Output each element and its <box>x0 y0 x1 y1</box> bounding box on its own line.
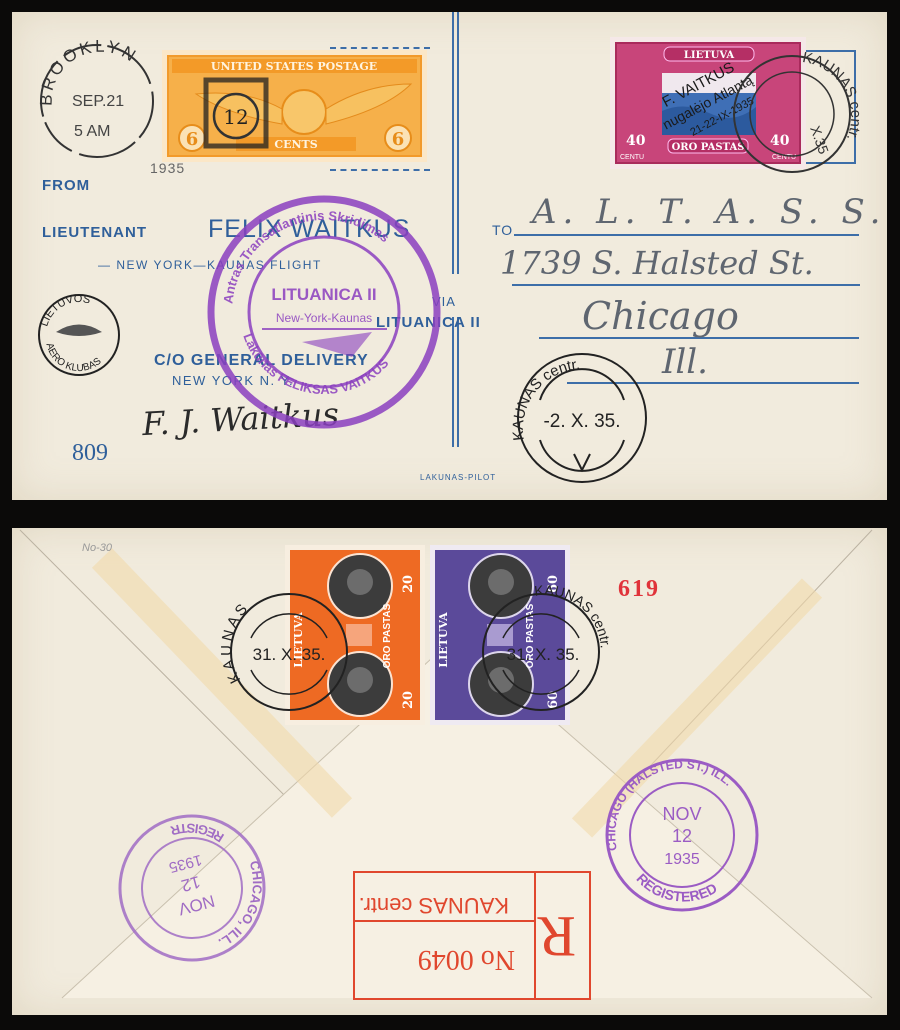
from-label: FROM <box>42 177 90 194</box>
cover-back: No-30 LIETUVA ORO PASTAS 20 20 LIETUVA O… <box>12 528 887 1015</box>
svg-text:NOV: NOV <box>662 804 701 824</box>
cover-front: BROOKLYN SEP.21 5 AM 1935 UNITED STATES … <box>12 12 887 500</box>
svg-text:UNITED STATES POSTAGE: UNITED STATES POSTAGE <box>211 60 377 73</box>
aero-club-seal: LIETUVOS AERO KLUBAS <box>36 292 126 382</box>
svg-text:12: 12 <box>223 105 248 129</box>
svg-text:New-York-Kaunas: New-York-Kaunas <box>276 311 372 325</box>
postmark-brooklyn: BROOKLYN SEP.21 5 AM <box>32 36 172 176</box>
svg-text:31. X. 35.: 31. X. 35. <box>253 645 326 664</box>
registration-office: KAUNAS centr. <box>359 892 509 918</box>
recipient-line-2: 1739 S. Halsted St. <box>500 244 814 282</box>
svg-text:20: 20 <box>401 691 416 709</box>
svg-text:40: 40 <box>626 133 646 149</box>
postmark-back-left: KAUNAS 31. X. 35. <box>227 590 357 720</box>
svg-text:5 AM: 5 AM <box>74 123 110 140</box>
chicago-registered-stamp-right: CHICAGO (HALSTED ST.) ILL. REGISTERED NO… <box>597 750 767 920</box>
registration-r: R <box>537 903 576 970</box>
divider-line <box>452 317 454 447</box>
recipient-line-3: Chicago <box>582 294 739 338</box>
chicago-registered-stamp-left: CHICAGO, ILL. REGISTR NOV 12 1935 <box>112 808 282 978</box>
pilot-label: LAKUNAS-PILOT <box>420 473 496 482</box>
cover-number: 809 <box>72 440 108 467</box>
divider-line <box>457 317 459 447</box>
to-label: TO <box>492 222 513 238</box>
rank-label: LIEUTENANT <box>42 224 147 241</box>
wings-icon <box>56 325 102 337</box>
plane-icon <box>302 332 372 357</box>
svg-text:6: 6 <box>392 129 405 150</box>
svg-text:NOV: NOV <box>176 891 217 919</box>
divider-line <box>452 12 454 274</box>
red-number: 619 <box>618 576 660 603</box>
postmark-kaunas: KAUNAS centr. -2. X. 35. <box>512 350 652 490</box>
svg-text:ORO PASTAS: ORO PASTAS <box>382 603 393 668</box>
address-rule <box>514 234 859 236</box>
svg-text:CENTS: CENTS <box>274 138 317 151</box>
svg-text:6: 6 <box>186 129 199 150</box>
svg-text:12: 12 <box>179 872 202 895</box>
svg-text:20: 20 <box>401 575 416 593</box>
svg-text:SEP.21: SEP.21 <box>72 93 124 110</box>
svg-text:CENTU: CENTU <box>620 154 644 161</box>
svg-text:LITUANICA II: LITUANICA II <box>271 285 376 304</box>
recipient-line-4: Ill. <box>662 342 708 382</box>
purple-cachet: Antras Transatlantinis Skridimas Lakūnas… <box>202 192 447 437</box>
address-rule <box>512 284 860 286</box>
divider-line <box>457 12 459 274</box>
svg-text:KAUNAS centr.: KAUNAS centr. <box>533 582 613 649</box>
svg-text:31. X. 35.: 31. X. 35. <box>507 645 580 664</box>
postmark-kaunas-top: KAUNAS centr. X.35 <box>722 52 852 187</box>
registration-label: R KAUNAS centr. No 0049 <box>355 873 591 1000</box>
us-airmail-stamp: UNITED STATES POSTAGE CENTS 6 6 12 <box>162 50 427 162</box>
winged-globe-icon: UNITED STATES POSTAGE CENTS 6 6 12 <box>166 54 423 158</box>
svg-text:LIETUVA: LIETUVA <box>437 612 450 668</box>
svg-text:-2. X. 35.: -2. X. 35. <box>543 411 620 432</box>
svg-text:AERO KLUBAS: AERO KLUBAS <box>43 342 103 374</box>
registration-number: No 0049 <box>418 943 515 975</box>
pencil-note: No-30 <box>82 542 112 554</box>
postmark-back-right: KAUNAS centr. 31. X. 35. <box>475 590 610 720</box>
svg-text:1935: 1935 <box>664 851 700 868</box>
svg-text:12: 12 <box>672 826 692 846</box>
recipient-line-1: A. L. T. A. S. S. <box>532 192 886 232</box>
